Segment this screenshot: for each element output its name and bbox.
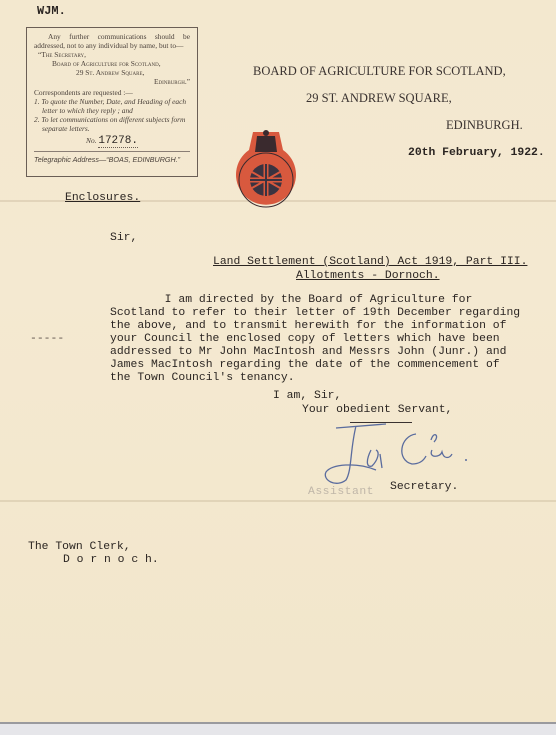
body-line: Scotland to refer to their letter of 19t… (110, 307, 520, 320)
scanner-edge (0, 722, 556, 735)
letterhead-street: 29 ST. ANDREW SQUARE, (306, 91, 452, 106)
closing-line-2: Your obedient Servant, (302, 404, 452, 416)
notice-address-4: Edinburgh.” (34, 77, 190, 86)
letterhead-city: EDINBURGH. (446, 118, 523, 133)
fold-line (0, 500, 556, 502)
body-line: the Town Council's tenancy. (110, 372, 520, 385)
notice-requests-heading: Correspondents are requested :— (34, 88, 190, 97)
notice-number-label: No. (86, 136, 96, 145)
subject-line-1: Land Settlement (Scotland) Act 1919, Par… (213, 256, 527, 268)
body-line: your Council the enclosed copy of letter… (110, 333, 520, 346)
seal-sticker (233, 124, 299, 216)
recipient-line-1: The Town Clerk, (28, 541, 131, 553)
handwritten-signature-icon (316, 420, 496, 490)
body-line: I am directed by the Board of Agricultur… (110, 294, 520, 307)
closing-line-1: I am, Sir, (273, 390, 341, 402)
notice-request-2: 2. To let communications on different su… (34, 115, 185, 133)
notice-box: Any further communications should be add… (26, 27, 198, 177)
notice-intro: Any further communications should be add… (34, 32, 190, 50)
letter-body: I am directed by the Board of Agricultur… (110, 294, 520, 385)
letter-date: 20th February, 1922. (408, 147, 545, 159)
faded-stamp: Assistant (308, 486, 374, 498)
body-line: the above, and to transmit herewith for … (110, 320, 520, 333)
notice-request-1: 1. To quote the Number, Date, and Headin… (34, 97, 186, 115)
signature (316, 420, 496, 490)
notice-address-2: Board of Agriculture for Scotland, (52, 59, 190, 68)
subject-line-2: Allotments - Dornoch. (296, 270, 440, 282)
initials: WJM. (37, 4, 66, 18)
margin-dashes: ----- (30, 333, 64, 345)
letterhead-org: BOARD OF AGRICULTURE FOR SCOTLAND, (253, 64, 506, 79)
reference-number: 17278. (98, 135, 138, 148)
national-scheme-seal-icon (233, 124, 299, 216)
notice-address-3: 29 St. Andrew Square, (76, 68, 190, 77)
signatory-title: Secretary. (390, 481, 458, 493)
body-line: James MacIntosh regarding the date of th… (110, 359, 520, 372)
notice-address-1: “The Secretary, (38, 50, 190, 59)
salutation: Sir, (110, 232, 137, 244)
body-line: addressed to Mr John MacIntosh and Messr… (110, 346, 520, 359)
telegraphic-address: Telegraphic Address—“BOAS, EDINBURGH.” (34, 155, 180, 164)
enclosures-label: Enclosures. (65, 192, 140, 204)
recipient-line-2: D o r n o c h. (63, 554, 159, 566)
